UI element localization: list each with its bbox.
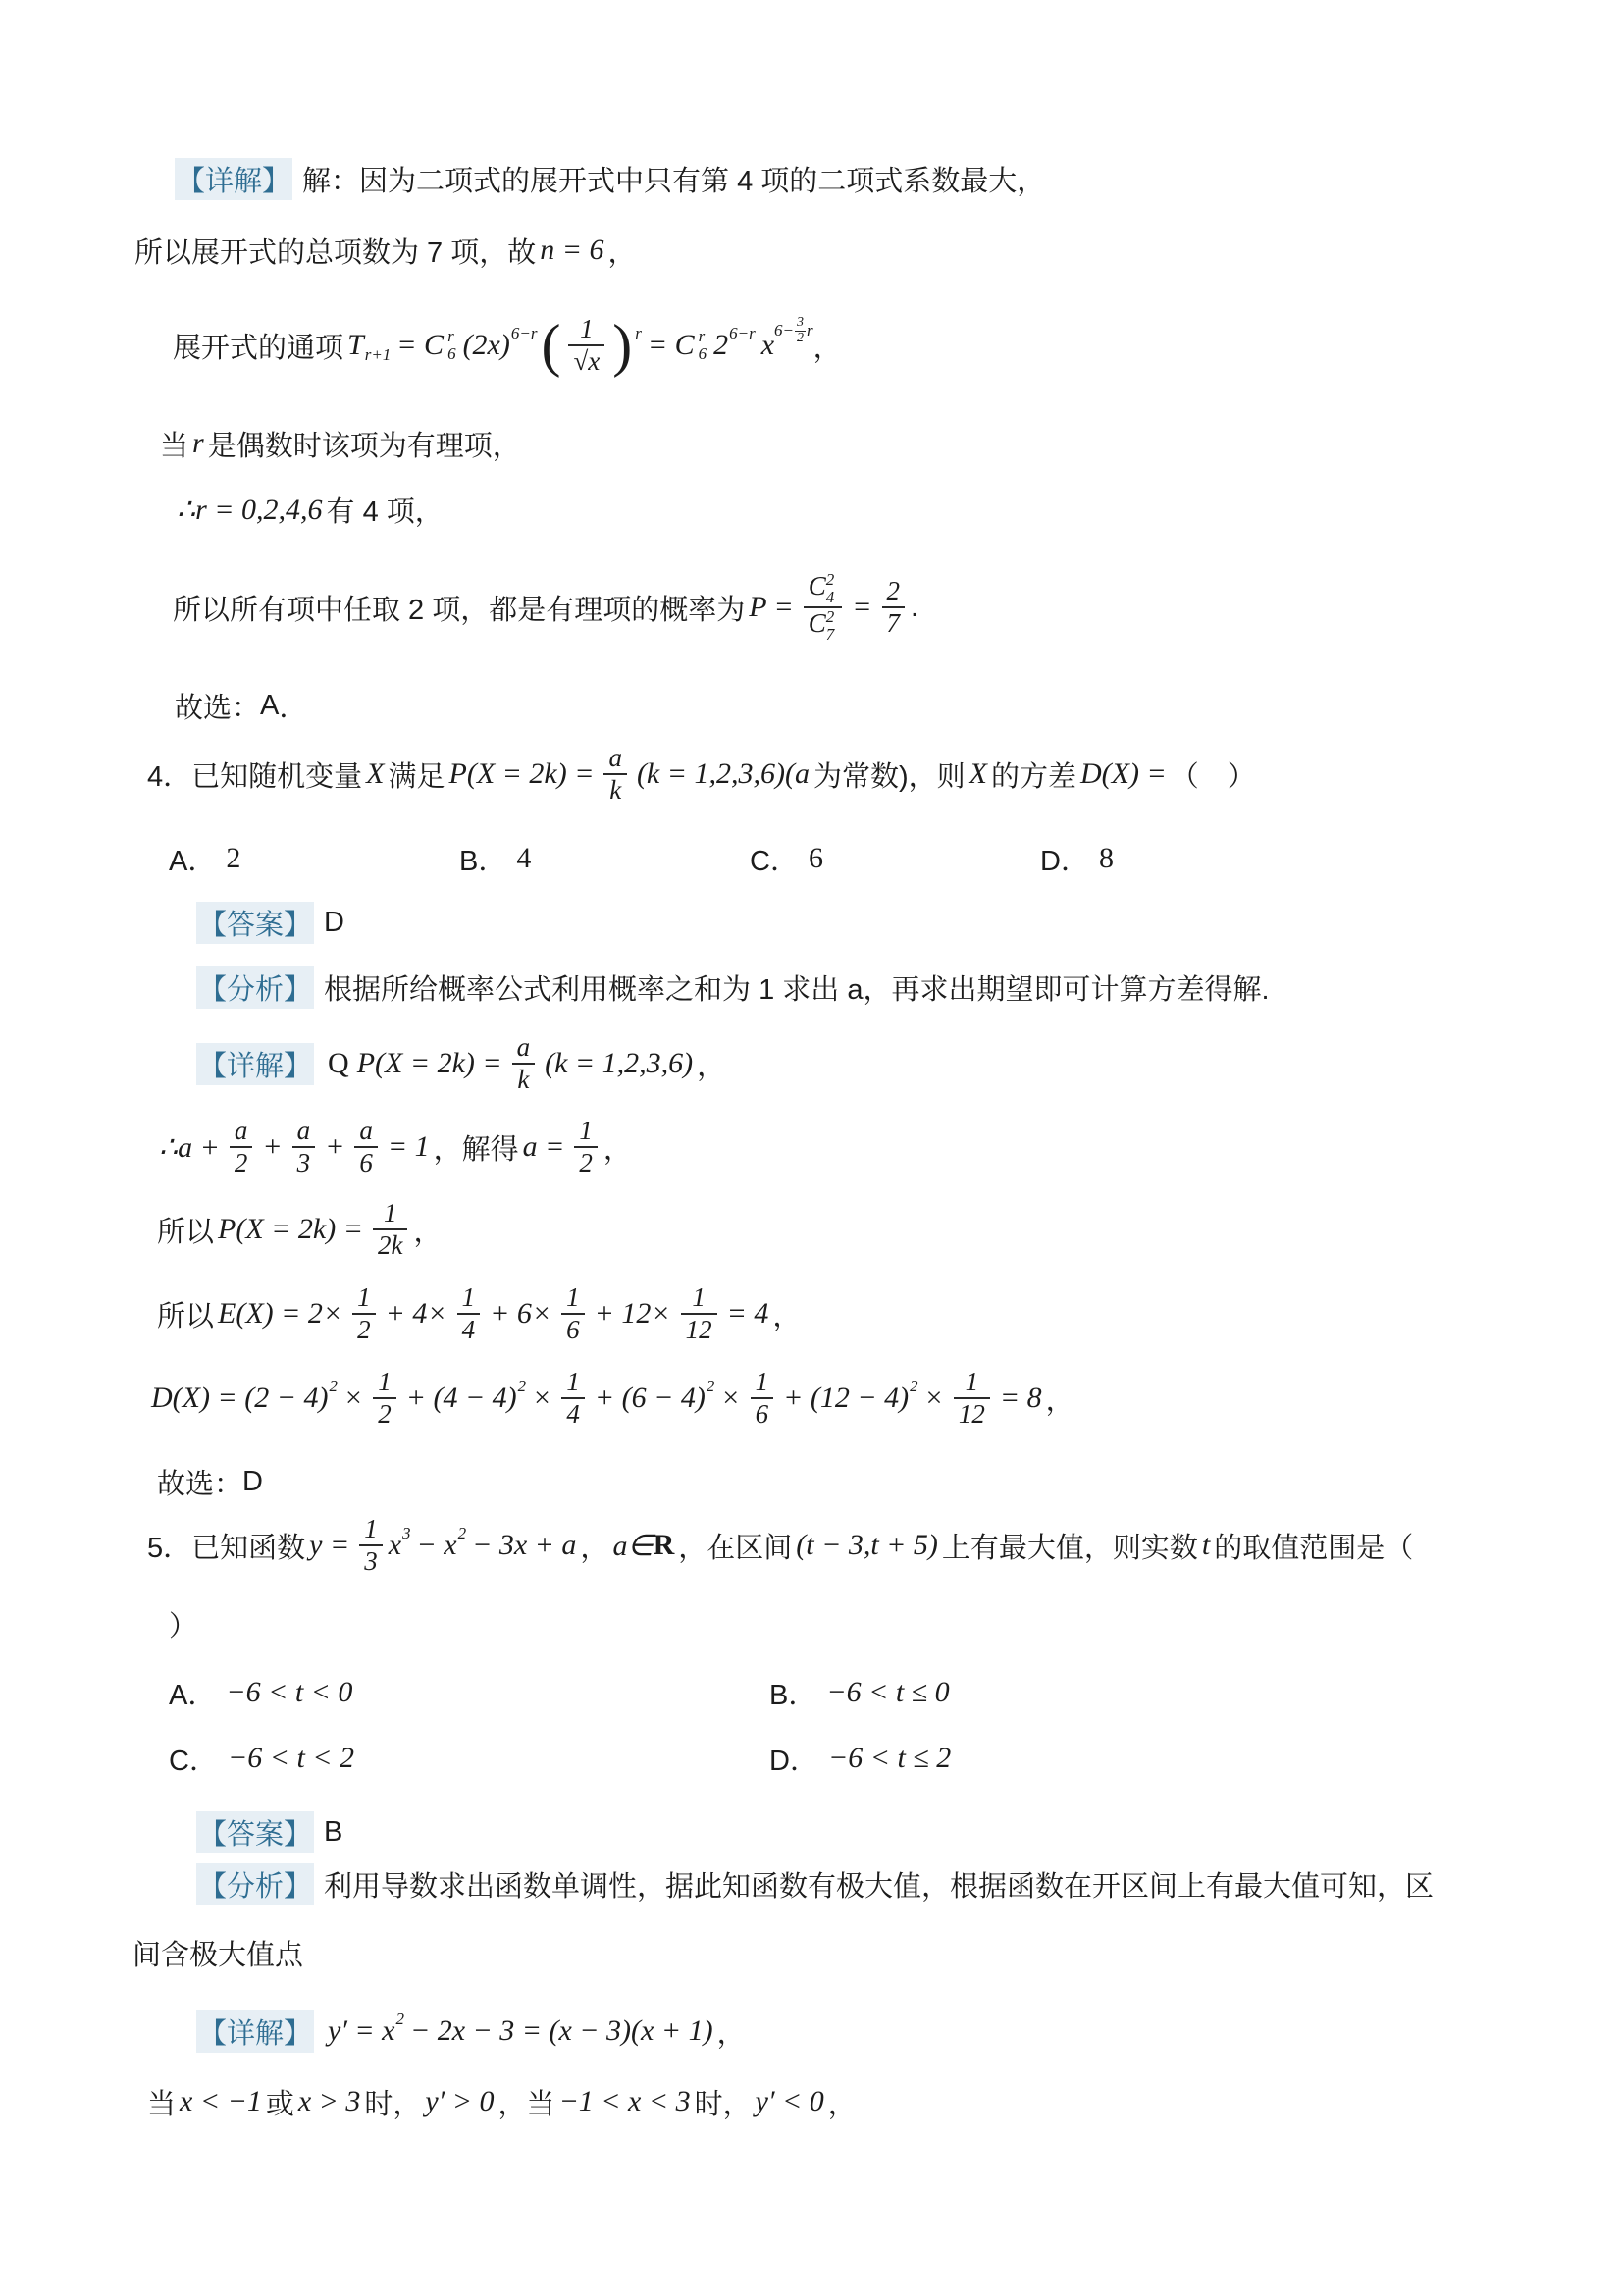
question4-detail-line3: 所以 P(X = 2k) = 12k ，	[157, 1183, 442, 1276]
sol3-line4: 当 r 是偶数时该项为有理项，	[160, 422, 521, 465]
question5-options-row2: C． −6 < t < 2 D． −6 < t ≤ 2	[169, 1737, 1370, 1780]
numerator: a	[292, 1116, 316, 1146]
text-segment: 展开式的通项	[173, 326, 343, 366]
option-b: B． 4	[459, 839, 750, 879]
choice-paren-close: ）	[169, 1604, 197, 1644]
text-segment: 故选：	[175, 686, 260, 726]
question5-analysis-line2: 间含极大值点	[132, 1931, 303, 1974]
denominator: 2	[373, 1397, 396, 1430]
math-segment: n = 6	[540, 234, 603, 267]
question4-detail-line2: ∴a + a2 + a3 + a6 = 1 ，解得 a = 12 ，	[155, 1101, 632, 1193]
numerator: a	[354, 1116, 378, 1146]
question5-answer: 【答案】 B	[196, 1810, 342, 1853]
fraction: a3	[292, 1116, 316, 1178]
fraction: 2 7	[882, 576, 906, 639]
numerator: C24	[804, 571, 843, 606]
fraction: 112	[681, 1282, 717, 1345]
superscript: 6−r	[729, 324, 756, 343]
text-segment: 所以所有项中任取 2 项，都是有理项的概率为	[173, 588, 745, 628]
option-d: D． −6 < t ≤ 2	[769, 1739, 1370, 1779]
math-segment: x	[389, 1529, 401, 1562]
math-segment: X	[366, 757, 384, 791]
text-segment: 所以	[157, 1210, 214, 1250]
denominator: 4	[457, 1313, 481, 1345]
math-segment: P(X = 2k) =	[357, 1047, 502, 1080]
sol3-general-term-line: 展开式的通项 T r+1 = C r 6 (2x) 6−r ( 1 √x ) r…	[173, 299, 842, 391]
fraction: a k	[512, 1032, 536, 1095]
math-segment: (2x)	[463, 329, 510, 362]
math-segment: C	[809, 571, 826, 600]
superscript: 2	[329, 1377, 338, 1396]
text-segment: .	[911, 592, 918, 624]
analysis-tag: 【分析】	[196, 966, 314, 1009]
math-segment: ∴a +	[159, 1130, 220, 1165]
option-label: A．	[169, 1673, 216, 1713]
question-number: 5．	[147, 1526, 191, 1566]
superscript: 2	[826, 608, 835, 626]
option-label: C．	[169, 1739, 218, 1779]
denominator: 3	[359, 1544, 383, 1577]
text-segment: 已知随机变量	[191, 755, 362, 795]
subscript: 6	[699, 345, 707, 363]
denominator: 12	[954, 1397, 990, 1430]
option-value: −6 < t < 0	[226, 1676, 352, 1709]
math-segment: ×	[720, 1382, 740, 1415]
binomial-scripts: 24	[826, 571, 835, 606]
text-segment: ，在区间	[678, 1526, 792, 1566]
math-segment: = 8	[1000, 1382, 1042, 1415]
answer-letter: D	[324, 907, 344, 939]
math-segment: ×	[924, 1382, 944, 1415]
option-label: D．	[769, 1739, 818, 1779]
superscript: 2	[707, 1377, 715, 1396]
numerator: 1	[561, 1367, 585, 1397]
detail-tag: 【详解】	[175, 158, 292, 200]
math-segment: =	[852, 591, 871, 624]
numerator: 1	[681, 1282, 717, 1313]
math-segment: y′ = x	[328, 2014, 394, 2048]
fraction: 112	[954, 1367, 990, 1430]
superscript: 3	[402, 1524, 411, 1543]
math-segment: (k = 1,2,3,6)	[545, 1047, 693, 1080]
text-segment: 利用导数求出函数单调性，据此知函数有极大值，根据函数在开区间上有最大值可知，区	[324, 1864, 1434, 1905]
option-label: D．	[1040, 839, 1089, 879]
superscript: r	[699, 328, 707, 345]
math-segment: − 3x + a	[472, 1529, 576, 1562]
text-segment: ，	[717, 2011, 746, 2052]
denominator: 6	[354, 1146, 378, 1178]
math-segment: P(X = 2k) =	[218, 1213, 363, 1246]
numerator: 1	[352, 1282, 376, 1313]
math-segment: + (4 − 4)	[406, 1382, 517, 1415]
text-segment: ，	[580, 1526, 608, 1566]
text-segment: 有 4 项，	[327, 490, 444, 530]
text-segment: ，	[603, 1127, 632, 1168]
math-segment: t	[1202, 1529, 1210, 1562]
text-segment: 的取值范围是（	[1214, 1526, 1413, 1566]
superscript: r	[447, 328, 456, 345]
option-label: B．	[769, 1673, 816, 1713]
math-segment: r	[192, 427, 204, 460]
question4-analysis: 【分析】 根据所给概率公式利用概率之和为 1 求出 a，再求出期望即可计算方差得…	[196, 965, 1270, 1009]
math-segment: x < −1	[180, 2085, 262, 2118]
text-segment: 的方差	[991, 755, 1076, 795]
text-segment: ，	[413, 1210, 442, 1250]
analysis-tag: 【分析】	[196, 1863, 314, 1905]
subscript: 4	[826, 589, 835, 606]
text-segment: 所以	[157, 1294, 214, 1334]
answer-letter: B	[324, 1816, 342, 1849]
text-segment: 时，	[695, 2082, 752, 2122]
math-segment: D(X) =	[1080, 757, 1167, 791]
text-segment: 解：因为二项式的展开式中只有第 4 项的二项式系数最大，	[302, 159, 1045, 199]
denominator: 2	[230, 1146, 253, 1178]
option-value: 2	[226, 842, 240, 875]
fraction: 14	[457, 1282, 481, 1345]
text-segment: 根据所给概率公式利用概率之和为 1 求出 a，再求出期望即可计算方差得解.	[324, 967, 1270, 1008]
math-segment: + (6 − 4)	[595, 1382, 706, 1415]
denominator: C27	[804, 606, 843, 644]
numerator: 1	[373, 1198, 407, 1228]
numerator: a	[512, 1032, 536, 1063]
math-segment: ∴r = 0,2,4,6	[177, 493, 323, 527]
text-segment: 时，	[364, 2082, 421, 2122]
superscript: 2	[910, 1377, 918, 1396]
math-segment: − x	[417, 1529, 457, 1562]
numerator: 1	[954, 1367, 990, 1397]
text-segment: 所以展开式的总项数为 7 项，故	[134, 231, 536, 271]
answer-letter: A	[260, 690, 279, 722]
option-c: C． −6 < t < 2	[169, 1739, 769, 1779]
sol3-line2: 所以展开式的总项数为 7 项，故 n = 6 ，	[134, 229, 637, 272]
numerator: 1	[561, 1282, 585, 1313]
fraction: C24 C27	[804, 571, 843, 643]
numerator: 2	[882, 576, 906, 606]
math-segment: + 12×	[595, 1297, 671, 1331]
option-label: C．	[750, 839, 799, 879]
math-segment: P =	[749, 591, 794, 624]
option-a: A． −6 < t < 0	[169, 1673, 769, 1713]
numerator: a	[230, 1116, 253, 1146]
math-segment-bold-R: R	[654, 1529, 675, 1562]
numerator: a	[603, 743, 627, 773]
question5-stem-line1: 5． 已知函数 y = 13 x 3 − x 2 − 3x + a ， a∈ R…	[147, 1499, 1413, 1592]
math-segment: = C	[396, 329, 444, 362]
numerator: 1	[457, 1282, 481, 1313]
denominator: 7	[882, 606, 906, 639]
superscript: 6−r	[511, 324, 538, 343]
text-segment: ，	[772, 1294, 801, 1334]
text-segment: 为常数)，则	[813, 755, 966, 795]
question5-analysis-line1: 【分析】 利用导数求出函数单调性，据此知函数有极大值，根据函数在开区间上有最大值…	[196, 1862, 1434, 1905]
option-label: A．	[169, 839, 216, 879]
fraction: 12	[352, 1282, 376, 1345]
sol3-detail-line1: 【详解】 解：因为二项式的展开式中只有第 4 项的二项式系数最大，	[175, 157, 1045, 200]
math-segment: x > 3	[298, 2085, 361, 2118]
text-segment: 已知函数	[191, 1526, 305, 1566]
math-segment: P(X = 2k) =	[449, 757, 595, 791]
fraction: 12	[574, 1116, 598, 1178]
fraction: 16	[561, 1282, 585, 1345]
binomial-scripts: r 6	[447, 328, 456, 363]
answer-letter: D	[242, 1466, 263, 1498]
text-segment: 间含极大值点	[132, 1933, 303, 1973]
superscript: r	[807, 321, 813, 340]
exam-solution-page: 【详解】 解：因为二项式的展开式中只有第 4 项的二项式系数最大， 所以展开式的…	[0, 0, 1623, 2296]
fraction: 12	[373, 1367, 396, 1430]
math-segment: + 4×	[386, 1297, 447, 1331]
superscript: 2	[826, 571, 835, 589]
answer-tag: 【答案】	[196, 902, 314, 944]
math-segment: x	[761, 329, 774, 362]
text-segment: ，	[1046, 1379, 1074, 1419]
denominator: 3	[292, 1146, 316, 1178]
text-segment: ，	[697, 1044, 725, 1084]
fraction: a k	[603, 743, 627, 806]
text-segment: 当	[147, 2082, 176, 2122]
math-segment: (t − 3,t + 5)	[796, 1529, 938, 1562]
fraction: 12k	[373, 1198, 407, 1261]
math-segment: = 4	[727, 1297, 769, 1331]
question4-detail-line1: 【详解】 Q P(X = 2k) = a k (k = 1,2,3,6) ，	[196, 1018, 725, 1110]
math-segment: y =	[309, 1529, 349, 1562]
text-segment: ，	[813, 326, 842, 366]
subscript: r+1	[365, 345, 392, 365]
text-segment: ．	[279, 686, 307, 726]
math-segment: ×	[343, 1382, 363, 1415]
exponent-group: 6− 3 2 r	[774, 316, 813, 345]
math-segment: D(X) = (2 − 4)	[151, 1382, 328, 1415]
question4-detail-line5: D(X) = (2 − 4) 2 × 12 + (4 − 4) 2 × 14 +…	[147, 1352, 1074, 1444]
math-segment: + (12 − 4)	[783, 1382, 909, 1415]
math-segment: a =	[523, 1130, 565, 1164]
fraction: a6	[354, 1116, 378, 1178]
math-segment: X	[969, 757, 987, 791]
question4-detail-line4: 所以 E(X) = 2× 12 + 4× 14 + 6× 16 + 12× 11…	[157, 1268, 801, 1360]
superscript: 6−	[774, 321, 794, 340]
option-d: D． 8	[1040, 839, 1331, 879]
math-segment: ×	[532, 1382, 551, 1415]
option-label: B．	[459, 839, 506, 879]
option-value: 6	[809, 842, 823, 875]
text-segment: ，当	[498, 2082, 555, 2122]
binomial-scripts: 27	[826, 608, 835, 644]
sol3-probability-line: 所以所有项中任取 2 项，都是有理项的概率为 P = C24 C27 = 2 7…	[173, 561, 918, 653]
numerator: 1	[373, 1367, 396, 1397]
math-segment: + 6×	[490, 1297, 551, 1331]
subscript: 6	[447, 345, 456, 363]
denominator: 6	[751, 1397, 774, 1430]
denominator: 2	[352, 1313, 376, 1345]
option-a: A． 2	[169, 839, 459, 879]
math-segment: T	[347, 329, 364, 362]
text-segment: 满足	[388, 755, 445, 795]
question5-options-row1: A． −6 < t < 0 B． −6 < t ≤ 0	[169, 1671, 1370, 1714]
math-segment: C	[809, 608, 826, 638]
numerator: 1	[359, 1514, 383, 1544]
math-segment: +	[325, 1130, 344, 1164]
math-segment: E(X) = 2×	[218, 1297, 342, 1331]
denominator: 2k	[373, 1228, 407, 1261]
text-segment: 或	[266, 2082, 294, 2122]
denominator: √x	[568, 344, 604, 377]
text-segment: ，	[608, 231, 637, 271]
option-value: −6 < t ≤ 2	[828, 1742, 951, 1775]
text-segment: ，	[828, 2082, 857, 2122]
text-segment: 是偶数时该项为有理项，	[208, 424, 521, 464]
sol3-line5: ∴r = 0,2,4,6 有 4 项，	[173, 488, 444, 531]
subscript: 7	[826, 626, 835, 644]
option-value: −6 < t < 2	[228, 1742, 354, 1775]
choice-parens: （ ）	[1171, 755, 1256, 795]
sol3-choice-line: 故选： A ．	[175, 684, 307, 727]
text-segment: 故选：	[157, 1462, 242, 1502]
answer-tag: 【答案】	[196, 1811, 314, 1853]
numerator: 1	[751, 1367, 774, 1397]
denominator: k	[512, 1063, 536, 1095]
text-segment: 当	[160, 424, 188, 464]
option-value: 8	[1099, 842, 1114, 875]
denominator: k	[603, 773, 627, 806]
question4-stem: 4． 已知随机变量 X 满足 P(X = 2k) = a k (k = 1,2,…	[147, 728, 1256, 820]
math-segment: y′ > 0	[425, 2085, 494, 2118]
denominator: 12	[681, 1313, 717, 1345]
detail-tag: 【详解】	[196, 1043, 314, 1085]
fraction: 16	[751, 1367, 774, 1430]
binomial-scripts: r 6	[699, 328, 707, 363]
math-segment: = 1	[388, 1130, 430, 1164]
math-segment: = C	[648, 329, 695, 362]
question-number: 4．	[147, 755, 191, 795]
denominator: 2	[795, 331, 806, 346]
option-value: −6 < t ≤ 0	[826, 1676, 949, 1709]
fraction: 13	[359, 1514, 383, 1577]
numerator: 3	[795, 316, 806, 331]
mini-fraction: 3 2	[795, 316, 806, 345]
denominator: 2	[574, 1146, 598, 1178]
option-value: 4	[516, 842, 531, 875]
because-symbol: Q	[328, 1047, 349, 1080]
question4-answer: 【答案】 D	[196, 901, 344, 944]
denominator: 6	[561, 1313, 585, 1345]
superscript: 2	[395, 2009, 404, 2029]
superscript: r	[635, 324, 642, 343]
question5-detail-line1: 【详解】 y′ = x 2 − 2x − 3 = (x − 3)(x + 1) …	[196, 2009, 746, 2053]
superscript: 2	[458, 1524, 467, 1543]
math-segment: (k = 1,2,3,6)(a	[637, 757, 810, 791]
option-b: B． −6 < t ≤ 0	[769, 1673, 1370, 1713]
question5-detail-line2: 当 x < −1 或 x > 3 时， y′ > 0 ，当 −1 < x < 3…	[147, 2080, 857, 2123]
text-segment: ，解得	[434, 1127, 519, 1168]
question4-choice-line: 故选： D	[157, 1460, 263, 1503]
fraction: 14	[561, 1367, 585, 1430]
fraction: a2	[230, 1116, 253, 1178]
option-c: C． 6	[750, 839, 1040, 879]
superscript: 2	[518, 1377, 527, 1396]
fraction: 1 √x	[568, 314, 604, 377]
denominator: 4	[561, 1397, 585, 1430]
math-segment: y′ < 0	[756, 2085, 824, 2118]
math-segment: +	[262, 1130, 282, 1164]
numerator: 1	[574, 1116, 598, 1146]
text-segment: 上有最大值，则实数	[942, 1526, 1198, 1566]
numerator: 1	[568, 314, 604, 344]
math-segment: a∈	[612, 1529, 653, 1563]
math-segment: 2	[713, 329, 728, 362]
math-segment: −1 < x < 3	[559, 2085, 691, 2118]
math-segment: − 2x − 3 = (x − 3)(x + 1)	[410, 2014, 713, 2048]
question5-stem-line2: ）	[169, 1602, 197, 1645]
detail-tag: 【详解】	[196, 2010, 314, 2053]
question4-options: A． 2 B． 4 C． 6 D． 8	[169, 837, 1331, 880]
